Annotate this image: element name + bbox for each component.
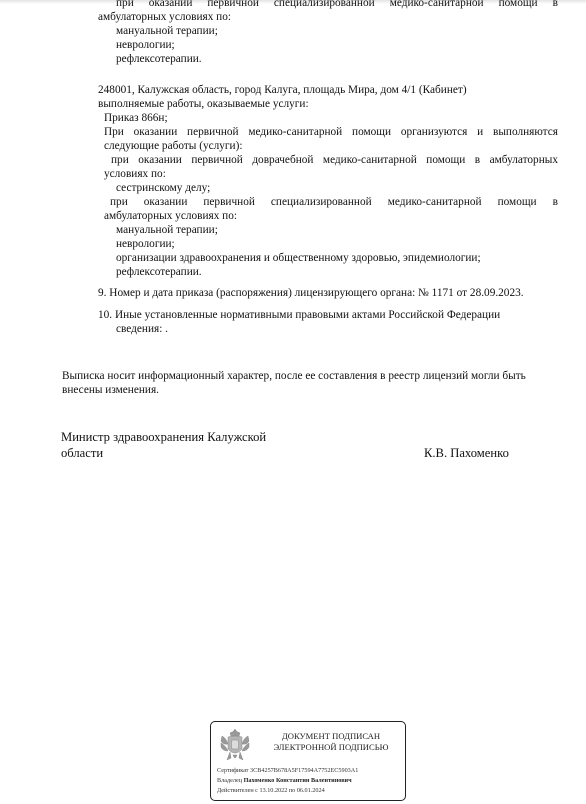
word: специализированной [271, 196, 372, 209]
word: помощи [426, 154, 465, 167]
section-9: 9. Номер и дата приказа (распоряжения) л… [98, 287, 524, 300]
electronic-signature-stamp: ДОКУМЕНТ ПОДПИСАН ЭЛЕКТРОННОЙ ПОДПИСЬЮ С… [210, 721, 406, 801]
word: амбулаторных [490, 154, 558, 167]
intro-line1: Приоказаниипервичноймедико-санитарнойпом… [104, 126, 558, 139]
word: и [477, 126, 483, 139]
word: помощи [352, 126, 391, 139]
block1-item: мануальной терапии; [116, 25, 218, 38]
word: при [110, 196, 128, 209]
section-10-line2: сведения: . [116, 323, 168, 336]
word: медико-санитарной [388, 196, 482, 209]
word: медико-санитарной [248, 126, 342, 139]
word: помощи [499, 0, 538, 10]
word: при [111, 154, 129, 167]
specialized-line1: приоказаниипервичнойспециализированнойме… [110, 196, 558, 209]
intro-line2: следующие работы (услуги): [104, 140, 243, 153]
word: оказании [149, 0, 193, 10]
works-label: выполняемые работы, оказываемые услуги: [98, 98, 309, 111]
word: оказании [134, 126, 178, 139]
block1-line1: приоказаниипервичнойспециализированнойме… [116, 0, 558, 10]
block1-item: неврологии; [116, 39, 175, 52]
word: оказании [138, 154, 182, 167]
certificate-row: Сертификат 3CB4257B678A5F17594A7752EC590… [217, 767, 358, 774]
word: доврачебной [252, 154, 313, 167]
word: первичной [187, 126, 239, 139]
word: медико-санитарной [323, 154, 417, 167]
block1-line2: амбулаторных условиях по: [98, 11, 231, 24]
word: в [553, 0, 558, 10]
specialized-item: организации здравоохранения и общественн… [116, 252, 481, 265]
word: первичной [191, 154, 243, 167]
prehospital-item: сестринскому делу; [116, 182, 210, 195]
word: специализированной [274, 0, 375, 10]
word: оказании [144, 196, 188, 209]
signer-name: К.В. Пахоменко [424, 446, 509, 461]
signer-position-line1: Министр здравоохранения Калужской [61, 430, 266, 445]
word: помощи [498, 196, 537, 209]
specialized-item: мануальной терапии; [116, 224, 218, 237]
specialized-item: рефлексотерапии. [116, 266, 202, 279]
owner-row: Владелец Пахоменко Константин Валентинов… [217, 777, 352, 784]
word: при [116, 0, 134, 10]
block1-item: рефлексотерапии. [116, 53, 202, 66]
stamp-title: ДОКУМЕНТ ПОДПИСАН ЭЛЕКТРОННОЙ ПОДПИСЬЮ [261, 731, 401, 753]
address: 248001, Калужская область, город Калуга,… [98, 84, 467, 97]
prehospital-line2: условиях по: [104, 168, 166, 181]
word: в [553, 196, 558, 209]
specialized-line2: амбулаторных условиях по: [104, 210, 237, 223]
order: Приказ 866н; [104, 112, 168, 125]
word: При [104, 126, 124, 139]
notice-line2: внесены изменения. [62, 384, 159, 397]
validity-row: Действителен с 13.10.2022 по 06.01.2024 [217, 787, 325, 794]
certificate-value: 3CB4257B678A5F17594A7752EC5903A1 [250, 767, 358, 774]
word: первичной [203, 196, 255, 209]
word: выполняются [493, 126, 558, 139]
word: первичной [207, 0, 259, 10]
prehospital-line1: приоказаниипервичнойдоврачебноймедико-са… [111, 154, 558, 167]
section-10-line1: 10. Иные установленные нормативными прав… [98, 309, 500, 322]
word: организуются [401, 126, 468, 139]
notice-line1: Выписка носит информационный характер, п… [62, 370, 526, 383]
russian-coat-of-arms-icon [219, 727, 251, 765]
owner-value: Пахоменко Константин Валентинович [244, 777, 352, 784]
specialized-item: неврологии; [116, 238, 175, 251]
signer-position-line2: области [61, 446, 103, 461]
word: в [475, 154, 480, 167]
word: медико-санитарной [390, 0, 484, 10]
